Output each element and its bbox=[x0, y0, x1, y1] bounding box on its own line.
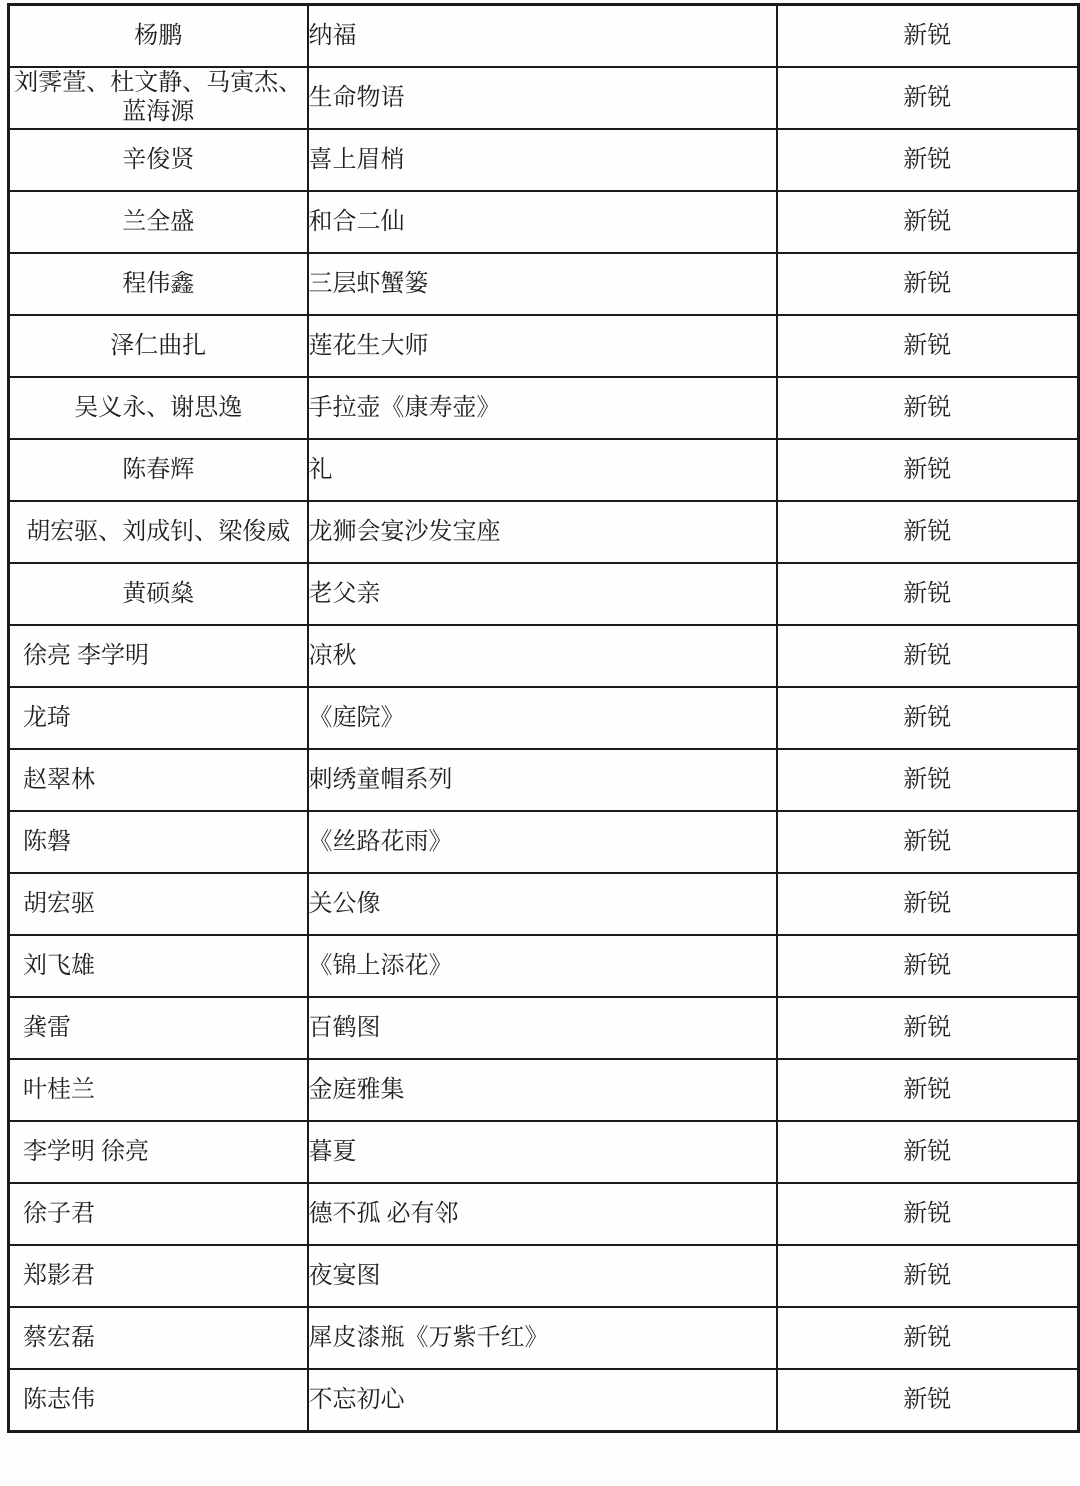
author-name-cell: 李学明 徐亮 bbox=[9, 1121, 308, 1183]
category-cell: 新锐 bbox=[777, 377, 1079, 439]
category-cell: 新锐 bbox=[777, 625, 1079, 687]
category-cell: 新锐 bbox=[777, 997, 1079, 1059]
table-row: 陈磐 《丝路花雨》 新锐 bbox=[9, 811, 1079, 873]
table-row: 龙琦 《庭院》 新锐 bbox=[9, 687, 1079, 749]
author-name-cell: 兰全盛 bbox=[9, 191, 308, 253]
table-row: 杨鹏 纳福 新锐 bbox=[9, 5, 1079, 68]
work-title-cell: 礼 bbox=[308, 439, 777, 501]
author-name-cell: 郑影君 bbox=[9, 1245, 308, 1307]
work-title-cell: 凉秋 bbox=[308, 625, 777, 687]
author-name-cell: 黄硕燊 bbox=[9, 563, 308, 625]
category-cell: 新锐 bbox=[777, 563, 1079, 625]
author-name-cell: 徐子君 bbox=[9, 1183, 308, 1245]
work-title-cell: 刺绣童帽系列 bbox=[308, 749, 777, 811]
work-title-cell: 金庭雅集 bbox=[308, 1059, 777, 1121]
author-name-cell: 胡宏驱、刘成钊、梁俊威 bbox=[9, 501, 308, 563]
category-cell: 新锐 bbox=[777, 1059, 1079, 1121]
author-name-cell: 龙琦 bbox=[9, 687, 308, 749]
category-cell: 新锐 bbox=[777, 873, 1079, 935]
table-row: 李学明 徐亮 暮夏 新锐 bbox=[9, 1121, 1079, 1183]
author-name-cell: 胡宏驱 bbox=[9, 873, 308, 935]
author-name-cell: 杨鹏 bbox=[9, 5, 308, 68]
category-cell: 新锐 bbox=[777, 1369, 1079, 1432]
table-row: 陈春辉 礼 新锐 bbox=[9, 439, 1079, 501]
table-row: 龚雷 百鹤图 新锐 bbox=[9, 997, 1079, 1059]
author-name-cell: 陈志伟 bbox=[9, 1369, 308, 1432]
table-row: 陈志伟 不忘初心 新锐 bbox=[9, 1369, 1079, 1432]
awards-table-container: 杨鹏 纳福 新锐 刘霁萱、杜文静、马寅杰、蓝海源 生命物语 新锐 辛俊贤 喜上眉… bbox=[7, 3, 1077, 1433]
category-cell: 新锐 bbox=[777, 439, 1079, 501]
table-row: 胡宏驱、刘成钊、梁俊威 龙狮会宴沙发宝座 新锐 bbox=[9, 501, 1079, 563]
author-name-cell: 辛俊贤 bbox=[9, 129, 308, 191]
category-cell: 新锐 bbox=[777, 811, 1079, 873]
table-row: 辛俊贤 喜上眉梢 新锐 bbox=[9, 129, 1079, 191]
work-title-cell: 莲花生大师 bbox=[308, 315, 777, 377]
table-row: 吴义永、谢思逸 手拉壶《康寿壶》 新锐 bbox=[9, 377, 1079, 439]
category-cell: 新锐 bbox=[777, 315, 1079, 377]
table-row: 兰全盛 和合二仙 新锐 bbox=[9, 191, 1079, 253]
table-row: 叶桂兰 金庭雅集 新锐 bbox=[9, 1059, 1079, 1121]
work-title-cell: 手拉壶《康寿壶》 bbox=[308, 377, 777, 439]
category-cell: 新锐 bbox=[777, 687, 1079, 749]
document-page: 杨鹏 纳福 新锐 刘霁萱、杜文静、马寅杰、蓝海源 生命物语 新锐 辛俊贤 喜上眉… bbox=[0, 0, 1080, 1486]
work-title-cell: 三层虾蟹篓 bbox=[308, 253, 777, 315]
work-title-cell: 关公像 bbox=[308, 873, 777, 935]
work-title-cell: 龙狮会宴沙发宝座 bbox=[308, 501, 777, 563]
work-title-cell: 百鹤图 bbox=[308, 997, 777, 1059]
work-title-cell: 生命物语 bbox=[308, 67, 777, 129]
author-name-cell: 程伟鑫 bbox=[9, 253, 308, 315]
category-cell: 新锐 bbox=[777, 1307, 1079, 1369]
work-title-cell: 犀皮漆瓶《万紫千红》 bbox=[308, 1307, 777, 1369]
work-title-cell: 《丝路花雨》 bbox=[308, 811, 777, 873]
work-title-cell: 老父亲 bbox=[308, 563, 777, 625]
author-name-cell: 赵翠林 bbox=[9, 749, 308, 811]
table-row: 徐子君 德不孤 必有邻 新锐 bbox=[9, 1183, 1079, 1245]
table-row: 黄硕燊 老父亲 新锐 bbox=[9, 563, 1079, 625]
author-name-cell: 刘飞雄 bbox=[9, 935, 308, 997]
author-name-cell: 龚雷 bbox=[9, 997, 308, 1059]
category-cell: 新锐 bbox=[777, 253, 1079, 315]
work-title-cell: 夜宴图 bbox=[308, 1245, 777, 1307]
category-cell: 新锐 bbox=[777, 1121, 1079, 1183]
author-name-cell: 泽仁曲扎 bbox=[9, 315, 308, 377]
work-title-cell: 《锦上添花》 bbox=[308, 935, 777, 997]
work-title-cell: 不忘初心 bbox=[308, 1369, 777, 1432]
author-name-cell: 蔡宏磊 bbox=[9, 1307, 308, 1369]
category-cell: 新锐 bbox=[777, 501, 1079, 563]
category-cell: 新锐 bbox=[777, 5, 1079, 68]
work-title-cell: 德不孤 必有邻 bbox=[308, 1183, 777, 1245]
category-cell: 新锐 bbox=[777, 67, 1079, 129]
table-row: 赵翠林 刺绣童帽系列 新锐 bbox=[9, 749, 1079, 811]
category-cell: 新锐 bbox=[777, 935, 1079, 997]
author-name-cell: 徐亮 李学明 bbox=[9, 625, 308, 687]
table-row: 蔡宏磊 犀皮漆瓶《万紫千红》 新锐 bbox=[9, 1307, 1079, 1369]
category-cell: 新锐 bbox=[777, 191, 1079, 253]
awards-table: 杨鹏 纳福 新锐 刘霁萱、杜文静、马寅杰、蓝海源 生命物语 新锐 辛俊贤 喜上眉… bbox=[7, 3, 1080, 1433]
author-name-cell: 吴义永、谢思逸 bbox=[9, 377, 308, 439]
work-title-cell: 暮夏 bbox=[308, 1121, 777, 1183]
table-row: 刘霁萱、杜文静、马寅杰、蓝海源 生命物语 新锐 bbox=[9, 67, 1079, 129]
table-row: 泽仁曲扎 莲花生大师 新锐 bbox=[9, 315, 1079, 377]
author-name-cell: 刘霁萱、杜文静、马寅杰、蓝海源 bbox=[9, 67, 308, 129]
category-cell: 新锐 bbox=[777, 129, 1079, 191]
table-row: 胡宏驱 关公像 新锐 bbox=[9, 873, 1079, 935]
work-title-cell: 喜上眉梢 bbox=[308, 129, 777, 191]
category-cell: 新锐 bbox=[777, 749, 1079, 811]
table-row: 程伟鑫 三层虾蟹篓 新锐 bbox=[9, 253, 1079, 315]
category-cell: 新锐 bbox=[777, 1183, 1079, 1245]
table-body: 杨鹏 纳福 新锐 刘霁萱、杜文静、马寅杰、蓝海源 生命物语 新锐 辛俊贤 喜上眉… bbox=[9, 5, 1079, 1432]
work-title-cell: 《庭院》 bbox=[308, 687, 777, 749]
table-row: 刘飞雄 《锦上添花》 新锐 bbox=[9, 935, 1079, 997]
work-title-cell: 和合二仙 bbox=[308, 191, 777, 253]
author-name-cell: 陈磐 bbox=[9, 811, 308, 873]
category-cell: 新锐 bbox=[777, 1245, 1079, 1307]
table-row: 徐亮 李学明 凉秋 新锐 bbox=[9, 625, 1079, 687]
table-row: 郑影君 夜宴图 新锐 bbox=[9, 1245, 1079, 1307]
work-title-cell: 纳福 bbox=[308, 5, 777, 68]
author-name-cell: 陈春辉 bbox=[9, 439, 308, 501]
author-name-cell: 叶桂兰 bbox=[9, 1059, 308, 1121]
